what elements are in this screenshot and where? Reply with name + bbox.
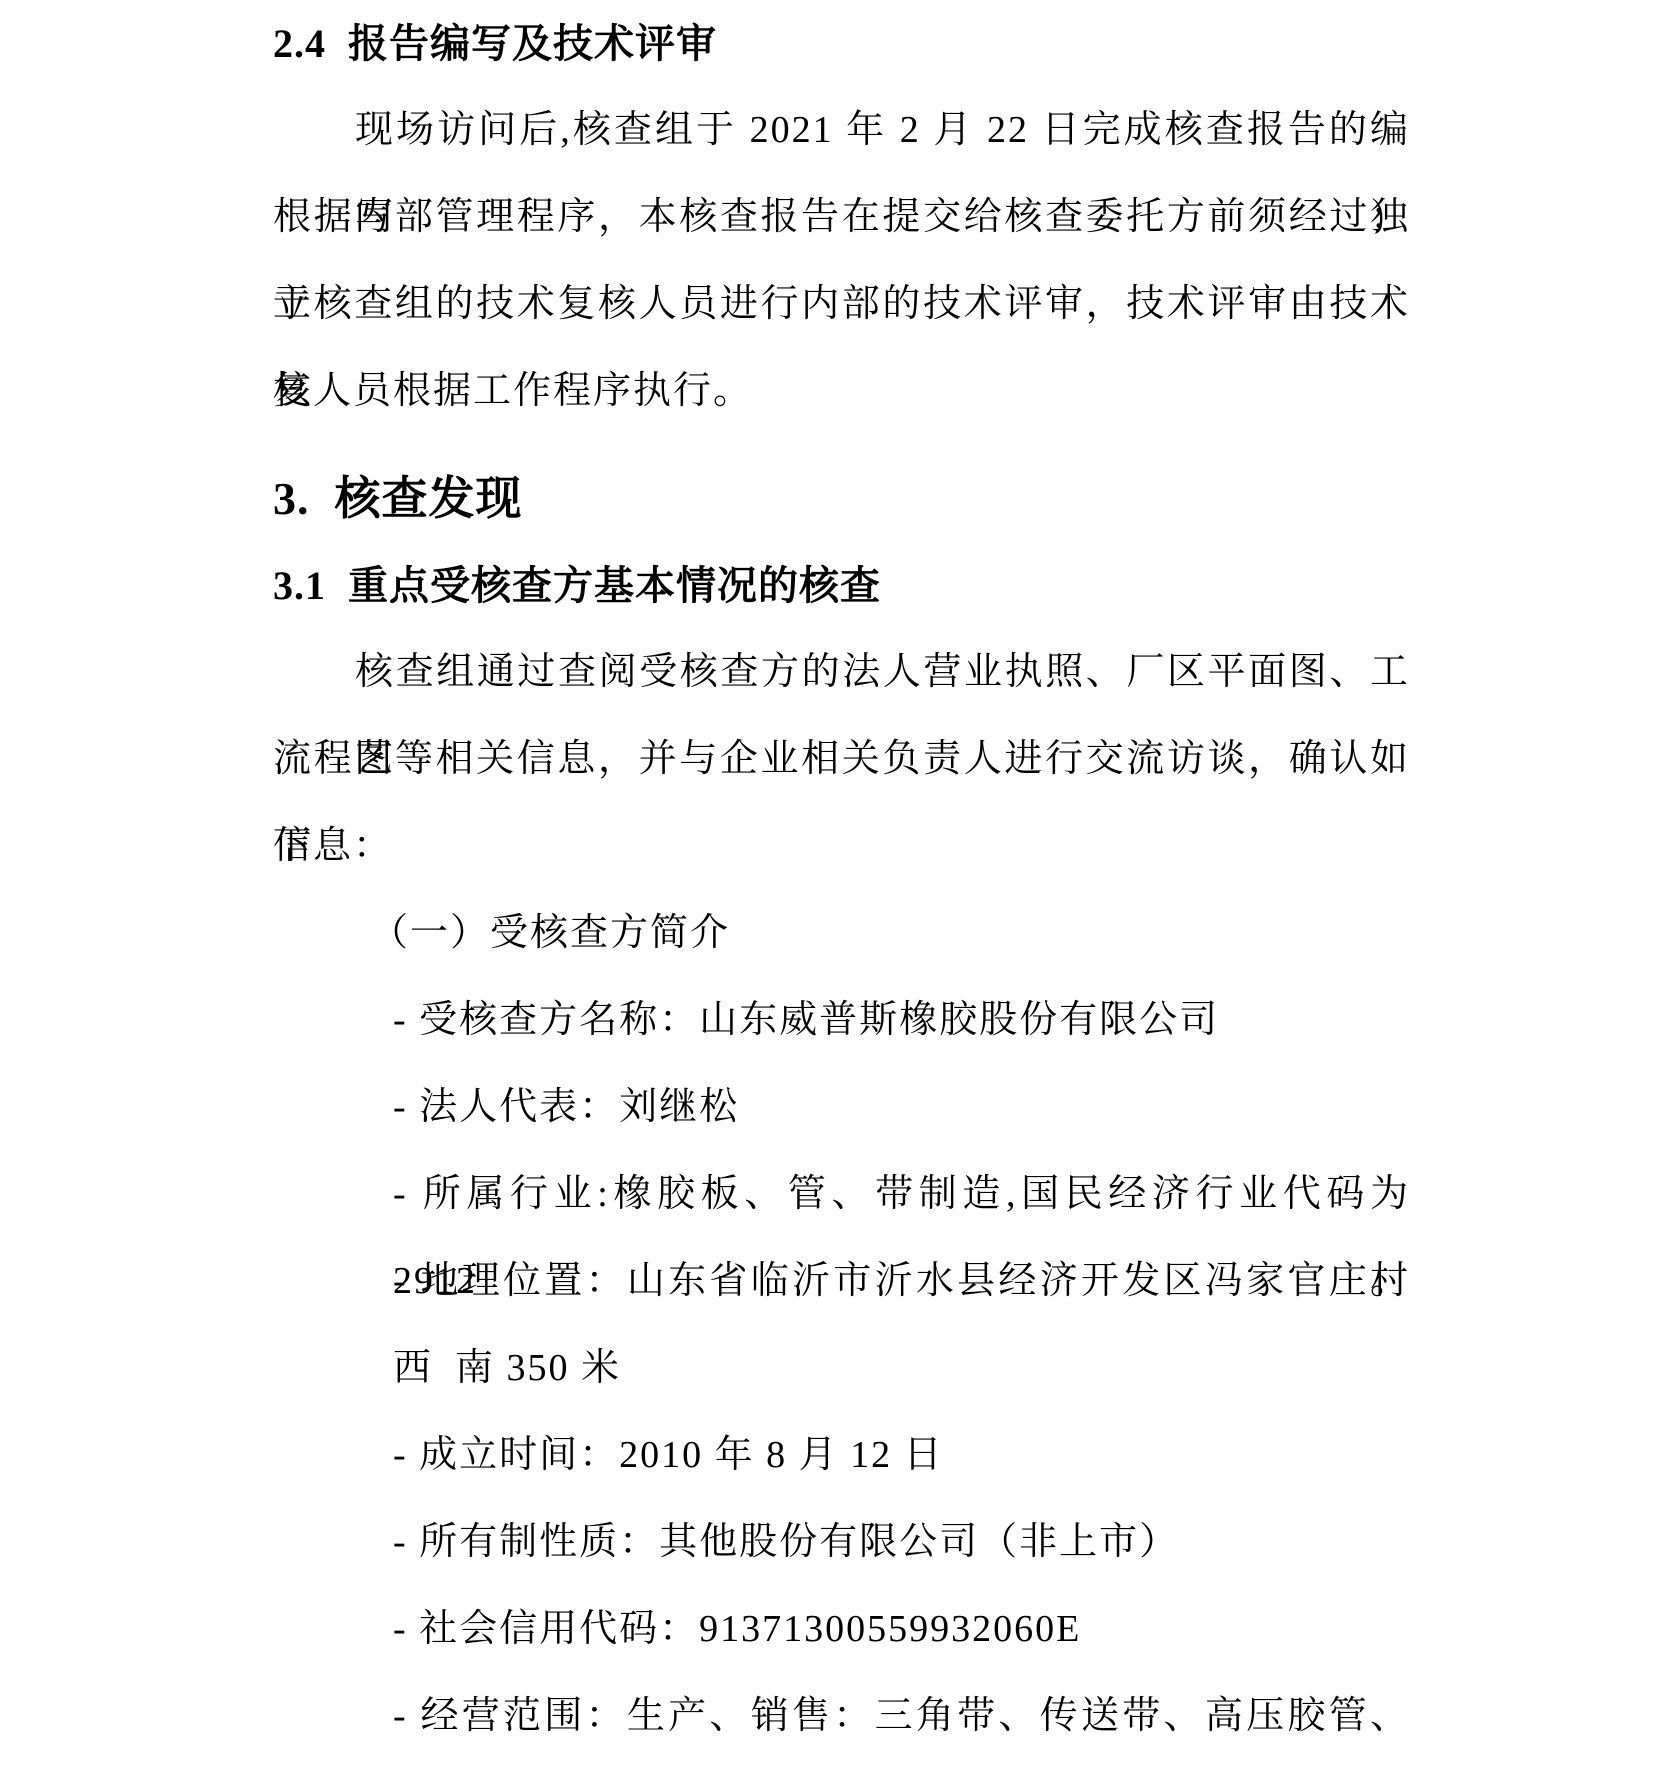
list-item: - 社会信用代码：91371300559932060E [273,1586,1410,1673]
paragraph-line: 信息： [273,803,1410,890]
section-heading-2-4: 2.4 报告编写及技术评审 [273,0,1410,87]
list-intro: （一）受核查方简介 [273,890,1410,977]
paragraph-line: 于核查组的技术复核人员进行内部的技术评审，技术评审由技术复 [273,261,1410,348]
list-item: - 地理位置：山东省临沂市沂水县经济开发区冯家官庄村西 [273,1238,1410,1325]
paragraph-line: 现场访问后,核查组于 2021 年 2 月 22 日完成核查报告的编写； [273,87,1410,174]
list-item: - 成立时间：2010 年 8 月 12 日 [273,1412,1410,1499]
list-item: - 所有制性质：其他股份有限公司（非上市） [273,1499,1410,1586]
section-heading-3-1: 3.1 重点受核查方基本情况的核查 [273,542,1410,629]
list-item: - 受核查方名称：山东威普斯橡胶股份有限公司 [273,977,1410,1064]
list-item: - 法人代表：刘继松 [273,1064,1410,1151]
paragraph-line: 流程图等相关信息，并与企业相关负责人进行交流访谈，确认如下 [273,716,1410,803]
paragraph-line: 核查组通过查阅受核查方的法人营业执照、厂区平面图、工艺 [273,629,1410,716]
list-item-continuation: 南 350 米 [273,1325,1410,1412]
paragraph-line: 核人员根据工作程序执行。 [273,348,1410,435]
document-page: 2.4 报告编写及技术评审 现场访问后,核查组于 2021 年 2 月 22 日… [0,0,1654,1780]
list-item: - 所属行业:橡胶板、管、带制造,国民经济行业代码为 2912。 [273,1151,1410,1238]
paragraph-line: 根据内部管理程序，本核查报告在提交给核查委托方前须经过独立 [273,174,1410,261]
list-item: - 经营范围：生产、销售：三角带、传送带、高压胶管、电 [273,1673,1410,1760]
section-heading-3: 3. 核查发现 [273,455,1410,542]
